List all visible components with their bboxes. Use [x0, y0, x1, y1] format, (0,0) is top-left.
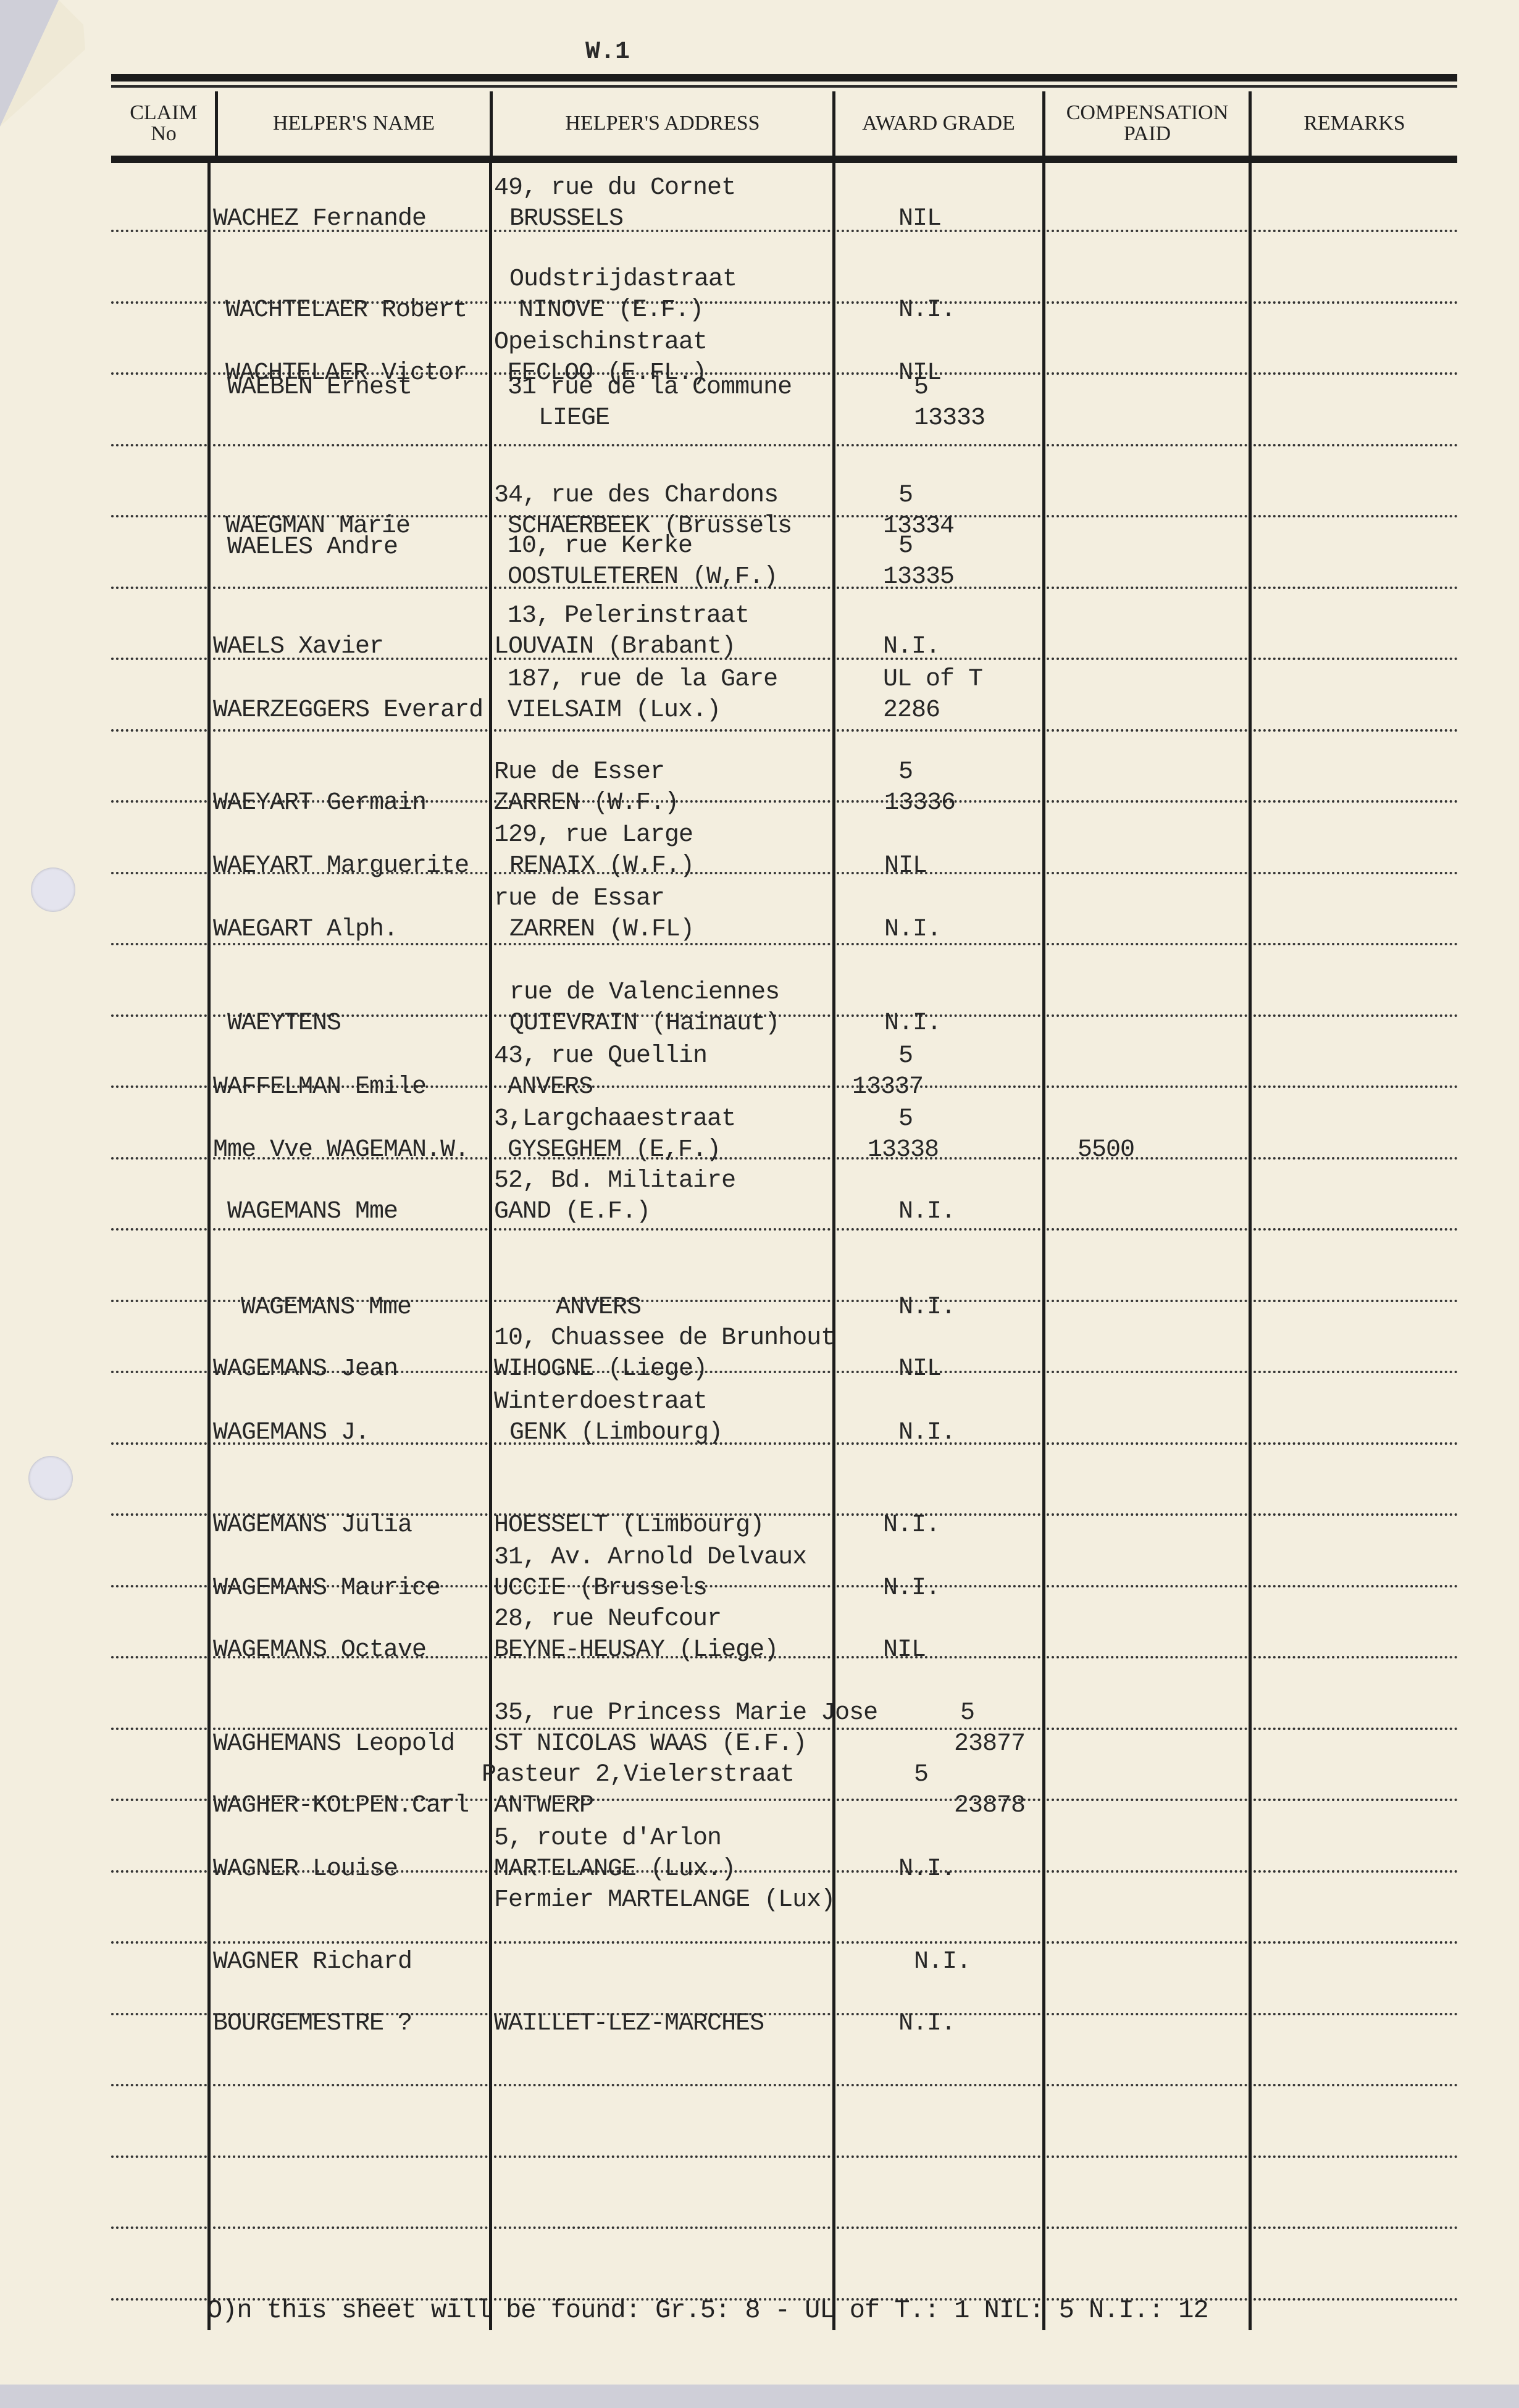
row-divider: [1047, 301, 1247, 304]
row-divider: [1253, 1585, 1457, 1587]
row-divider: [1253, 943, 1457, 945]
row-divider: [837, 2226, 1040, 2229]
row-divider: [1253, 230, 1457, 232]
row-divider: [111, 301, 207, 304]
row-divider: [213, 587, 488, 589]
row-divider: [111, 1941, 207, 1944]
row-divider: [111, 1371, 207, 1373]
row-divider: [1253, 1085, 1457, 1088]
helper-name: WAGEMANS Mme: [227, 1198, 398, 1226]
row-divider: [213, 1228, 488, 1231]
helper-address-line1: Oudstrijdastraat: [509, 265, 737, 294]
row-divider: [111, 1157, 207, 1160]
row-divider: [111, 2226, 207, 2229]
award-grade: N.I.: [884, 916, 941, 944]
helper-address-line2: ANTWERP: [494, 1792, 593, 1820]
row-divider: [1047, 2013, 1247, 2015]
header-bottom-rule: [111, 156, 1457, 163]
column-divider: [1042, 163, 1045, 2330]
row-divider: [1047, 2226, 1247, 2229]
row-divider: [111, 2298, 207, 2301]
award-number: 23878: [954, 1792, 1025, 1820]
helper-name: WAGEMANS Mme: [241, 1294, 411, 1322]
column-header-claim-no: CLAIMNo: [111, 93, 216, 154]
award-grade: 5: [898, 532, 913, 561]
award-number: 13338: [868, 1136, 939, 1164]
award-number: 13337: [852, 1073, 923, 1102]
award-number: 2286: [883, 696, 940, 725]
header-top-rule: [111, 74, 1457, 82]
column-divider: [215, 91, 218, 156]
row-divider: [111, 943, 207, 945]
row-divider: [1253, 1941, 1457, 1944]
row-divider: [1047, 1941, 1247, 1944]
helper-address-line1: Fermier MARTELANGE (Lux): [494, 1886, 835, 1915]
row-divider: [1253, 587, 1457, 589]
row-divider: [111, 729, 207, 732]
helper-name: WAEYART Germain: [213, 789, 426, 817]
row-divider: [837, 1728, 1040, 1730]
row-divider: [1253, 1014, 1457, 1017]
row-divider: [111, 1799, 207, 1801]
award-grade: 5: [960, 1699, 974, 1728]
helper-name: WAGEMANS Octave: [213, 1636, 426, 1665]
row-divider: [1253, 1656, 1457, 1658]
award-number: 13336: [884, 789, 955, 817]
row-divider: [1047, 1371, 1247, 1373]
row-divider: [1253, 800, 1457, 803]
row-divider: [1047, 1585, 1247, 1587]
row-divider: [1253, 2155, 1457, 2158]
row-divider: [1047, 372, 1247, 375]
row-divider: [1047, 444, 1247, 446]
helper-address-line2: VIELSAIM (Lux.): [508, 696, 721, 725]
row-divider: [837, 729, 1040, 732]
helper-address-line1: Pasteur 2,Vielerstraat: [482, 1761, 794, 1789]
helper-address-line2: WIHOGNE (Liege): [494, 1355, 707, 1384]
compensation-paid: 5500: [1078, 1136, 1134, 1164]
helper-address-line2: RENAIX (W.F.): [509, 852, 694, 880]
helper-address-line1: 10, rue Kerke: [508, 532, 692, 561]
helper-name: WAEYART Marguerite: [213, 852, 469, 880]
helper-address-line2: BEYNE-HEUSAY (Liege): [494, 1636, 778, 1665]
helper-address-line2: ANVERS: [556, 1294, 641, 1322]
column-divider: [489, 163, 492, 2330]
helper-name: WAGHER-KOLPEN.Carl: [213, 1792, 469, 1820]
row-divider: [111, 1870, 207, 1873]
helper-address-line2: OOSTULETEREN (W,F.): [508, 563, 777, 592]
row-divider: [111, 658, 207, 660]
helper-address-line1: 49, rue du Cornet: [494, 174, 735, 203]
helper-address-line2: GYSEGHEM (E,F.): [508, 1136, 721, 1164]
award-grade: N.I.: [914, 1948, 971, 1976]
row-divider: [1047, 658, 1247, 660]
row-divider: [494, 729, 831, 732]
column-divider: [207, 163, 211, 2330]
helper-name: BOURGEMESTRE ?: [213, 2010, 412, 2038]
row-divider: [494, 2226, 831, 2229]
column-header-helper-name: HELPER'S NAME: [217, 93, 490, 154]
row-divider: [1253, 1870, 1457, 1873]
award-grade: N.I.: [884, 1010, 941, 1038]
award-grade: N.I.: [883, 1574, 940, 1603]
row-divider: [1047, 1228, 1247, 1231]
column-divider: [832, 163, 835, 2330]
column-header-compensation-paid: COMPENSATIONPAID: [1045, 93, 1250, 154]
row-divider: [213, 729, 488, 732]
row-divider: [111, 2084, 207, 2086]
award-number: 13333: [914, 404, 985, 433]
award-grade: 5: [898, 758, 913, 787]
helper-address-line2: MARTELANGE (Lux.): [494, 1855, 735, 1884]
award-grade: N.I.: [898, 296, 955, 325]
award-grade: NIL: [884, 852, 927, 880]
row-divider: [111, 1300, 207, 1302]
row-divider: [213, 1728, 488, 1730]
row-divider: [1253, 2084, 1457, 2086]
row-divider: [111, 515, 207, 517]
award-grade: 5: [898, 1105, 913, 1134]
helper-address-line1: 5, route d'Arlon: [494, 1825, 721, 1853]
row-divider: [1253, 444, 1457, 446]
helper-address-line1: Rue de Esser: [494, 758, 664, 787]
helper-address-line1: 34, rue des Chardons: [494, 482, 778, 510]
row-divider: [1047, 1728, 1247, 1730]
award-grade: N.I.: [898, 2010, 955, 2038]
helper-address-line2: ST NICOLAS WAAS (E.F.): [494, 1730, 806, 1758]
row-divider: [494, 1728, 831, 1730]
row-divider: [111, 1228, 207, 1231]
row-divider: [1047, 2084, 1247, 2086]
helper-address-line2: LOUVAIN (Brabant): [494, 633, 735, 661]
helper-address-line2: ZARREN (W.F.): [494, 789, 679, 817]
column-header-award-grade: AWARD GRADE: [835, 93, 1042, 154]
row-divider: [111, 1442, 207, 1445]
row-divider: [1047, 230, 1247, 232]
helper-name: WAGNER Richard: [213, 1948, 412, 1976]
award-grade: 5: [898, 1042, 913, 1071]
row-divider: [213, 2226, 488, 2229]
award-grade: N.I.: [898, 1294, 955, 1322]
row-divider: [1047, 800, 1247, 803]
helper-name: WAGNER Louise: [213, 1855, 398, 1884]
award-grade: N.I.: [883, 1511, 940, 1540]
award-grade: 5: [898, 482, 913, 510]
row-divider: [111, 2155, 207, 2158]
helper-address-line1: 43, rue Quellin: [494, 1042, 707, 1071]
row-divider: [1047, 515, 1247, 517]
punch-hole-icon: [28, 1456, 73, 1500]
row-divider: [837, 2084, 1040, 2086]
helper-address-line2: QUIEVRAIN (Hainaut): [509, 1010, 779, 1038]
row-divider: [494, 1228, 831, 1231]
row-divider: [1047, 872, 1247, 874]
helper-address-line2: UCCIE (Brussels: [494, 1574, 707, 1603]
award-number: 13335: [883, 563, 954, 592]
helper-address-line2: GAND (E.F.): [494, 1198, 650, 1226]
helper-name: WAERZEGGERS Everard: [213, 696, 483, 725]
row-divider: [1047, 1656, 1247, 1658]
helper-name: WAELS Xavier: [213, 633, 383, 661]
helper-address-line2: WAILLET-LEZ-MARCHES: [494, 2010, 764, 2038]
row-divider: [1047, 729, 1247, 732]
row-divider: [111, 872, 207, 874]
row-divider: [837, 1228, 1040, 1231]
helper-name: WACHEZ Fernande: [213, 205, 426, 233]
helper-name: Mme Vve WAGEMAN.W.: [213, 1136, 469, 1164]
row-divider: [1253, 1513, 1457, 1516]
helper-address-line2: NINOVE (E.F.): [519, 296, 703, 325]
helper-name: WAGEMANS J.: [213, 1419, 369, 1447]
row-divider: [1253, 2226, 1457, 2229]
helper-name: WAEGART Alph.: [213, 916, 398, 944]
award-grade: 5: [914, 374, 928, 402]
row-divider: [1253, 301, 1457, 304]
row-divider: [1047, 1513, 1247, 1516]
award-grade: NIL: [883, 1636, 926, 1665]
award-grade: N.I.: [898, 1419, 955, 1447]
row-divider: [494, 1300, 831, 1302]
row-divider: [111, 1085, 207, 1088]
row-divider: [111, 2013, 207, 2015]
helper-address-line1: 31, Av. Arnold Delvaux: [494, 1544, 806, 1572]
award-grade: UL of T: [883, 666, 982, 694]
row-divider: [1047, 943, 1247, 945]
row-divider: [837, 1656, 1040, 1658]
row-divider: [1047, 1085, 1247, 1088]
row-divider: [1253, 1728, 1457, 1730]
column-header-remarks: REMARKS: [1252, 93, 1457, 154]
row-divider: [494, 2084, 831, 2086]
row-divider: [111, 230, 207, 232]
row-divider: [837, 2155, 1040, 2158]
helper-address-line1: 28, rue Neufcour: [494, 1605, 721, 1634]
row-divider: [111, 800, 207, 803]
row-divider: [1047, 1300, 1247, 1302]
helper-address-line1: rue de Essar: [494, 885, 664, 913]
row-divider: [1047, 1157, 1247, 1160]
punch-hole-icon: [31, 867, 75, 912]
row-divider: [494, 444, 831, 446]
column-header-helper-address: HELPER'S ADDRESS: [492, 93, 833, 154]
helper-address-line2: ANVERS: [508, 1073, 593, 1102]
sheet-id: W.1: [585, 38, 630, 66]
row-divider: [111, 1585, 207, 1587]
row-divider: [1047, 1799, 1247, 1801]
helper-name: WAELES Andre: [227, 533, 398, 562]
row-divider: [1047, 1014, 1247, 1017]
helper-address-line1: 10, Chuassee de Brunhout: [494, 1324, 835, 1353]
row-divider: [837, 1941, 1040, 1944]
row-divider: [111, 372, 207, 375]
column-divider: [832, 91, 835, 156]
row-divider: [111, 1014, 207, 1017]
award-grade: 5: [914, 1761, 928, 1789]
helper-name: WAGEMANS Jean: [213, 1355, 398, 1384]
helper-address-line1: Opeischinstraat: [494, 328, 707, 357]
row-divider: [1253, 1442, 1457, 1445]
helper-address-line1: 187, rue de la Gare: [508, 666, 777, 694]
row-divider: [213, 2084, 488, 2086]
row-divider: [1253, 2298, 1457, 2301]
helper-name: WAGHEMANS Leopold: [213, 1730, 454, 1758]
helper-address-line1: 31 rue de la Commune: [508, 374, 792, 402]
helper-address-line2: ZARREN (W.FL): [509, 916, 694, 944]
row-divider: [1253, 872, 1457, 874]
helper-address-line1: 35, rue Princess Marie Jose: [494, 1699, 877, 1728]
header-top-rule-thin: [111, 85, 1457, 88]
helper-address-line1: Winterdoestraat: [494, 1388, 707, 1416]
row-divider: [111, 587, 207, 589]
row-divider: [1253, 1300, 1457, 1302]
row-divider: [1253, 658, 1457, 660]
row-divider: [1047, 1442, 1247, 1445]
helper-name: WAFFELMAN Emile: [213, 1073, 426, 1102]
helper-address-line2: GENK (Limbourg): [509, 1419, 722, 1447]
row-divider: [1253, 1799, 1457, 1801]
award-grade: N.I.: [898, 1198, 955, 1226]
helper-address-line1: 52, Bd. Militaire: [494, 1167, 735, 1195]
row-divider: [1253, 1157, 1457, 1160]
column-divider: [490, 91, 493, 156]
helper-name: WAEBEN Ernest: [227, 374, 412, 402]
helper-address-line2: LIEGE: [538, 404, 609, 433]
helper-name: WAEYTENS: [227, 1010, 341, 1038]
column-divider: [1249, 91, 1252, 156]
helper-address-line1: 13, Pelerinstraat: [508, 602, 749, 630]
row-divider: [837, 872, 1040, 874]
award-grade: NIL: [898, 1355, 941, 1384]
row-divider: [111, 1513, 207, 1516]
row-divider: [1253, 2013, 1457, 2015]
helper-address-line1: 3,Largchaaestraat: [494, 1105, 735, 1134]
award-number: 23877: [954, 1730, 1025, 1758]
row-divider: [1253, 515, 1457, 517]
award-grade: N.I.: [898, 1855, 955, 1884]
row-divider: [837, 444, 1040, 446]
row-divider: [1253, 1228, 1457, 1231]
helper-address-line2: HOESSELT (Limbourg): [494, 1511, 764, 1540]
row-divider: [213, 444, 488, 446]
row-divider: [1253, 729, 1457, 732]
row-divider: [1047, 1870, 1247, 1873]
sheet-summary: O)n this sheet will be found: Gr.5: 8 - …: [207, 2296, 1208, 2325]
helper-name: WACHTELAER Robert: [225, 296, 467, 325]
helper-name: WAGEMANS Julia: [213, 1511, 412, 1540]
row-divider: [213, 2155, 488, 2158]
row-divider: [111, 1656, 207, 1658]
award-number: 13334: [883, 512, 954, 541]
row-divider: [213, 1941, 488, 1944]
column-divider: [1042, 91, 1045, 156]
row-divider: [494, 2155, 831, 2158]
row-divider: [1047, 2155, 1247, 2158]
row-divider: [1047, 587, 1247, 589]
row-divider: [1253, 372, 1457, 375]
column-divider: [1249, 163, 1252, 2330]
helper-address-line1: rue de Valenciennes: [509, 979, 779, 1007]
helper-address-line2: BRUSSELS: [509, 205, 623, 233]
helper-name: WAGEMANS Maurice: [213, 1574, 440, 1603]
award-grade: N.I.: [883, 633, 940, 661]
row-divider: [111, 444, 207, 446]
row-divider: [1253, 1371, 1457, 1373]
row-divider: [111, 1728, 207, 1730]
award-grade: NIL: [898, 205, 941, 233]
row-divider: [494, 1941, 831, 1944]
helper-address-line1: 129, rue Large: [494, 821, 693, 850]
